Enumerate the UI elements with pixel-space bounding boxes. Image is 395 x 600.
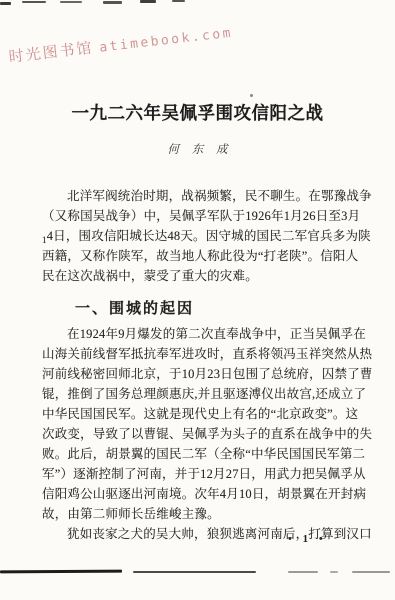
text-line: 民在这次战祸中，蒙受了重大的灾难。 bbox=[42, 266, 355, 286]
watermark-site-url: atimebook.com bbox=[99, 26, 234, 56]
text-line: 信阳鸡公山驱逐出河南境。次年4月10日，胡景翼在开封病 bbox=[42, 484, 355, 504]
scan-smudge bbox=[288, 571, 318, 573]
text-line: 河前线秘密回师北京，于10月23日包围了总统府，囚禁了曹 bbox=[42, 364, 355, 384]
scan-artifact-dash bbox=[0, 2, 11, 5]
scanned-book-page: 时光图书馆atimebook.com 一九二六年吴佩孚围攻信阳之战 何 东 成 … bbox=[0, 0, 395, 600]
scan-smudge bbox=[330, 571, 338, 573]
library-watermark: 时光图书馆atimebook.com bbox=[8, 18, 259, 67]
text-line: 中华民国国民军。这就是现代史上有名的“北京政变”。这 bbox=[42, 404, 355, 424]
scan-smudge bbox=[133, 571, 256, 573]
scan-artifact-dash bbox=[103, 1, 122, 4]
intro-paragraph: 北洋军阀统治时期，战祸频繁，民不聊生。在鄂豫战争 （又称国吴战争）中，吴佩孚军队… bbox=[42, 186, 355, 286]
text-line: 败。此后，胡景翼的国民二军（全称“中华民国国民军第二 bbox=[42, 444, 355, 464]
scan-artifact-dash bbox=[60, 1, 82, 3]
text-line: 山海关前线督军抵抗奉军进攻时，直系将领冯玉祥突然从热 bbox=[42, 344, 355, 364]
scan-smudge bbox=[0, 570, 122, 574]
section-body: 在1924年9月爆发的第二次直奉战争中，正当吴佩孚在 山海关前线督军抵抗奉军进攻… bbox=[42, 324, 355, 544]
section-heading: 一、围城的起因 bbox=[75, 297, 194, 318]
scan-artifact-dash bbox=[22, 1, 46, 3]
text-line: （又称国吴战争）中，吴佩孚军队于1926年1月26日至3月 bbox=[42, 206, 355, 226]
scan-smudge bbox=[352, 571, 390, 573]
text-line: 在1924年9月爆发的第二次直奉战争中，正当吴佩孚在 bbox=[42, 324, 355, 344]
author-name: 何 东 成 bbox=[0, 141, 395, 157]
text-line-rest: 4日，围攻信阳城长达48天。因守城的国民二军官兵多为陕 bbox=[47, 229, 371, 243]
article-title: 一九二六年吴佩孚围攻信阳之战 bbox=[0, 100, 395, 125]
scan-artifact-dash bbox=[172, 0, 185, 2]
watermark-library-name: 时光图书馆 bbox=[8, 40, 94, 66]
text-line: 故，由第二师师长岳维峻主豫。 bbox=[42, 504, 355, 524]
text-line: 北洋军阀统治时期，战祸频繁，民不聊生。在鄂豫战争 bbox=[42, 186, 355, 206]
page-number: • 1 • bbox=[288, 533, 327, 545]
text-line: 军”）逐渐控制了河南，并于12月27日，用武力把吴佩孚从 bbox=[42, 464, 355, 484]
scan-speck bbox=[250, 94, 253, 97]
text-line: 次政变，导致了以曹锟、吴佩孚为头子的直系在战争中的失 bbox=[42, 424, 355, 444]
text-line: 西籍，又称作陕军，故当地人称此役为“打老陕”。信阳人 bbox=[42, 246, 355, 266]
scan-artifact-dash bbox=[140, 0, 156, 3]
text-line: 锟，推倒了国务总理颜惠庆,并且驱逐溥仪出故宫,还成立了 bbox=[42, 384, 355, 404]
text-line: 14日，围攻信阳城长达48天。因守城的国民二军官兵多为陕 bbox=[42, 226, 355, 246]
